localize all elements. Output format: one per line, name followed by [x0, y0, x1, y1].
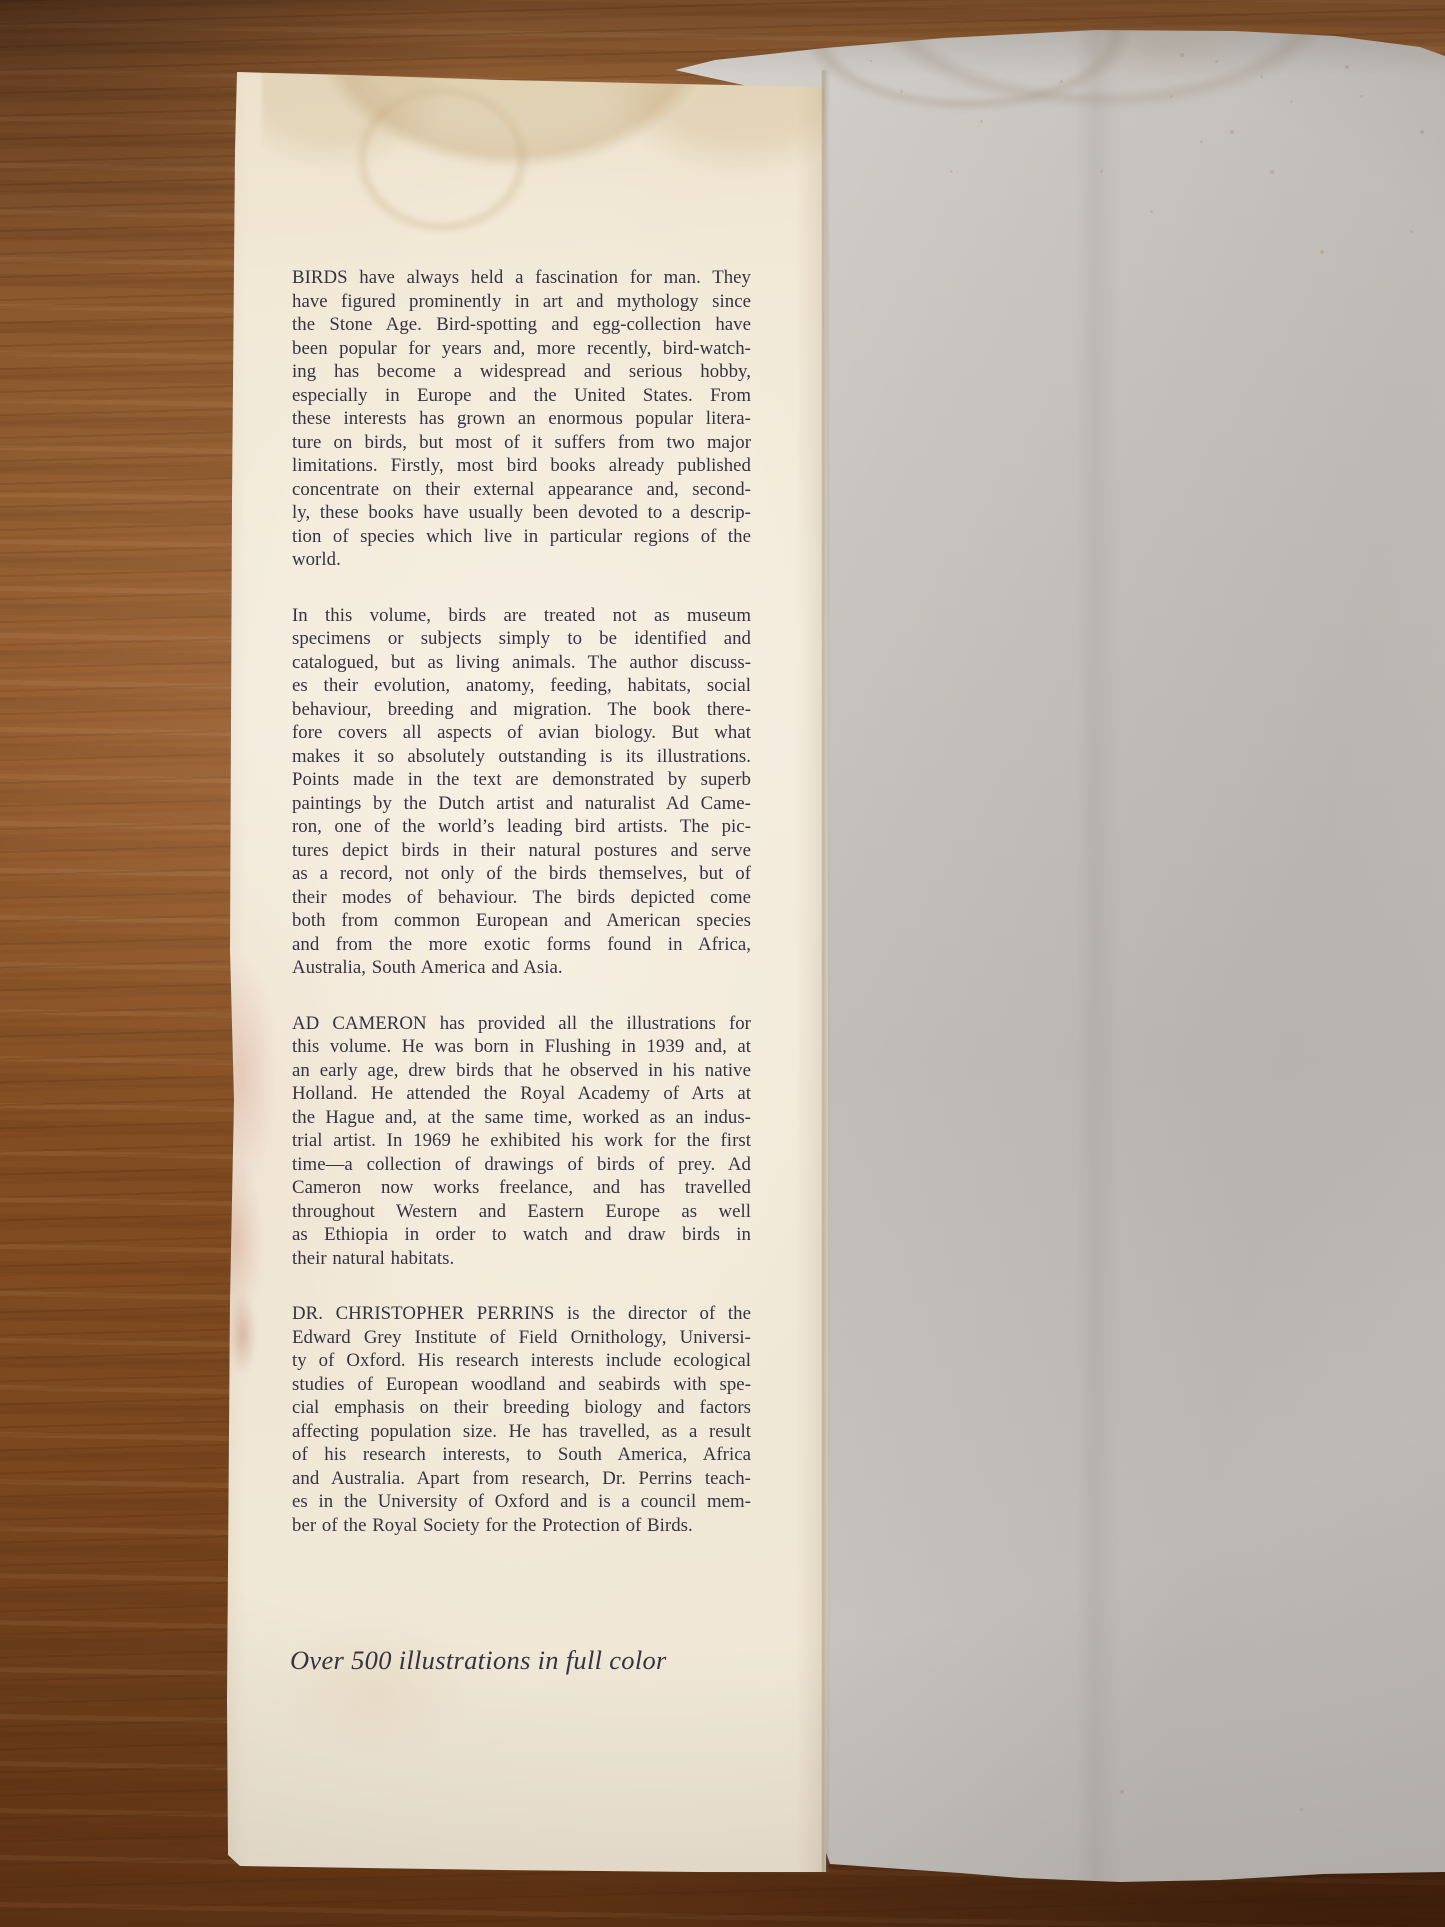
text-line: their natural habitats.	[292, 1247, 751, 1271]
foxing-speck	[1360, 95, 1363, 98]
text-line: limitations. Firstly, most bird books al…	[292, 454, 751, 478]
text-line: as Ethiopia in order to watch and draw b…	[292, 1223, 751, 1247]
text-line: an early age, drew birds that he observe…	[292, 1059, 751, 1083]
foxing-speck	[1180, 53, 1184, 57]
foxing-speck	[1120, 1790, 1124, 1794]
text-line: this volume. He was born in Flushing in …	[292, 1035, 751, 1059]
text-line: and Australia. Apart from research, Dr. …	[292, 1467, 751, 1491]
text-line: especially in Europe and the United Stat…	[292, 384, 751, 408]
tagline: Over 500 illustrations in full color	[290, 1645, 667, 1676]
flap-text: BIRDS have always held a fascination for…	[292, 266, 751, 1569]
text-line: AD CAMERON has provided all the illustra…	[292, 1012, 751, 1036]
text-line: cial emphasis on their breeding biology …	[292, 1396, 751, 1420]
text-line: Holland. He attended the Royal Academy o…	[292, 1082, 751, 1106]
flap-faint-stain	[250, 1594, 500, 1784]
text-line: Australia, South America and Asia.	[292, 956, 751, 980]
text-line: BIRDS have always held a fascination for…	[292, 266, 751, 290]
text-line: ture on birds, but most of it suffers fr…	[292, 431, 751, 455]
text-line: In this volume, birds are treated not as…	[292, 604, 751, 628]
text-line: ron, one of the world’s leading bird art…	[292, 815, 751, 839]
foxing-speck	[900, 90, 903, 93]
text-line: and from the more exotic forms found in …	[292, 933, 751, 957]
text-line: both from common European and American s…	[292, 909, 751, 933]
text-line: ty of Oxford. His research interests inc…	[292, 1349, 751, 1373]
text-line: ber of the Royal Society for the Protect…	[292, 1514, 751, 1538]
text-line: have figured prominently in art and myth…	[292, 290, 751, 314]
foxing-speck	[870, 60, 872, 62]
foxing-speck	[1260, 75, 1263, 78]
foxing-speck	[950, 170, 953, 173]
foxing-speck	[1270, 170, 1274, 174]
text-line: trial artist. In 1969 he exhibited his w…	[292, 1129, 751, 1153]
text-line: throughout Western and Eastern Europe as…	[292, 1200, 751, 1224]
text-line: specimens or subjects simply to be ident…	[292, 627, 751, 651]
text-line: Cameron now works freelance, and has tra…	[292, 1176, 751, 1200]
text-line: paintings by the Dutch artist and natura…	[292, 792, 751, 816]
text-line: ing has become a widespread and serious …	[292, 360, 751, 384]
flap-paragraph: AD CAMERON has provided all the illustra…	[292, 1012, 751, 1271]
foxing-speck	[1060, 80, 1063, 83]
text-line: as a record, not only of the birds thems…	[292, 862, 751, 886]
text-line: been popular for years and, more recentl…	[292, 337, 751, 361]
foxing-speck	[1215, 60, 1218, 63]
text-line: tion of species which live in particular…	[292, 525, 751, 549]
foxing-speck	[1420, 130, 1424, 134]
text-line: studies of European woodland and seabird…	[292, 1373, 751, 1397]
text-line: es in the University of Oxford and is a …	[292, 1490, 751, 1514]
text-line: their modes of behaviour. The birds depi…	[292, 886, 751, 910]
foxing-speck	[1410, 230, 1413, 233]
flap-paragraph: BIRDS have always held a fascination for…	[292, 266, 751, 572]
text-line: fore covers all aspects of avian biology…	[292, 721, 751, 745]
foxing-speck	[980, 120, 983, 123]
text-line: concentrate on their external appearance…	[292, 478, 751, 502]
flap-paragraph: In this volume, birds are treated not as…	[292, 604, 751, 980]
text-line: DR. CHRISTOPHER PERRINS is the director …	[292, 1302, 751, 1326]
text-line: Edward Grey Institute of Field Ornitholo…	[292, 1326, 751, 1350]
text-line: the Hague and, at the same time, worked …	[292, 1106, 751, 1130]
text-line: es their evolution, anatomy, feeding, ha…	[292, 674, 751, 698]
text-line: these interests has grown an enormous po…	[292, 407, 751, 431]
foxing-speck	[1150, 210, 1153, 213]
foxing-speck	[1320, 250, 1324, 254]
foxing-speck	[1100, 170, 1103, 173]
text-line: Points made in the text are demonstrated…	[292, 768, 751, 792]
text-line: affecting population size. He has travel…	[292, 1420, 751, 1444]
flap-crease	[822, 70, 830, 1872]
text-line: the Stone Age. Bird-spotting and egg-col…	[292, 313, 751, 337]
flap-paragraph: DR. CHRISTOPHER PERRINS is the director …	[292, 1302, 751, 1537]
text-line: catalogued, but as living animals. The a…	[292, 651, 751, 675]
text-line: of his research interests, to South Amer…	[292, 1443, 751, 1467]
foxing-speck	[1230, 130, 1234, 134]
foxing-speck	[1300, 1808, 1303, 1811]
book-jacket-photo: BIRDS have always held a fascination for…	[0, 0, 1445, 1927]
text-line: behaviour, breeding and migration. The b…	[292, 698, 751, 722]
text-line: world.	[292, 548, 751, 572]
foxing-speck	[1170, 95, 1173, 98]
text-line: time—a collection of drawings of birds o…	[292, 1153, 751, 1177]
text-line: makes it so absolutely outstanding is it…	[292, 745, 751, 769]
text-line: ly, these books have usually been devote…	[292, 501, 751, 525]
foxing-speck	[1345, 65, 1349, 69]
text-line: tures depict birds in their natural post…	[292, 839, 751, 863]
foxing-speck	[1200, 140, 1203, 143]
foxing-speck	[1290, 100, 1293, 103]
